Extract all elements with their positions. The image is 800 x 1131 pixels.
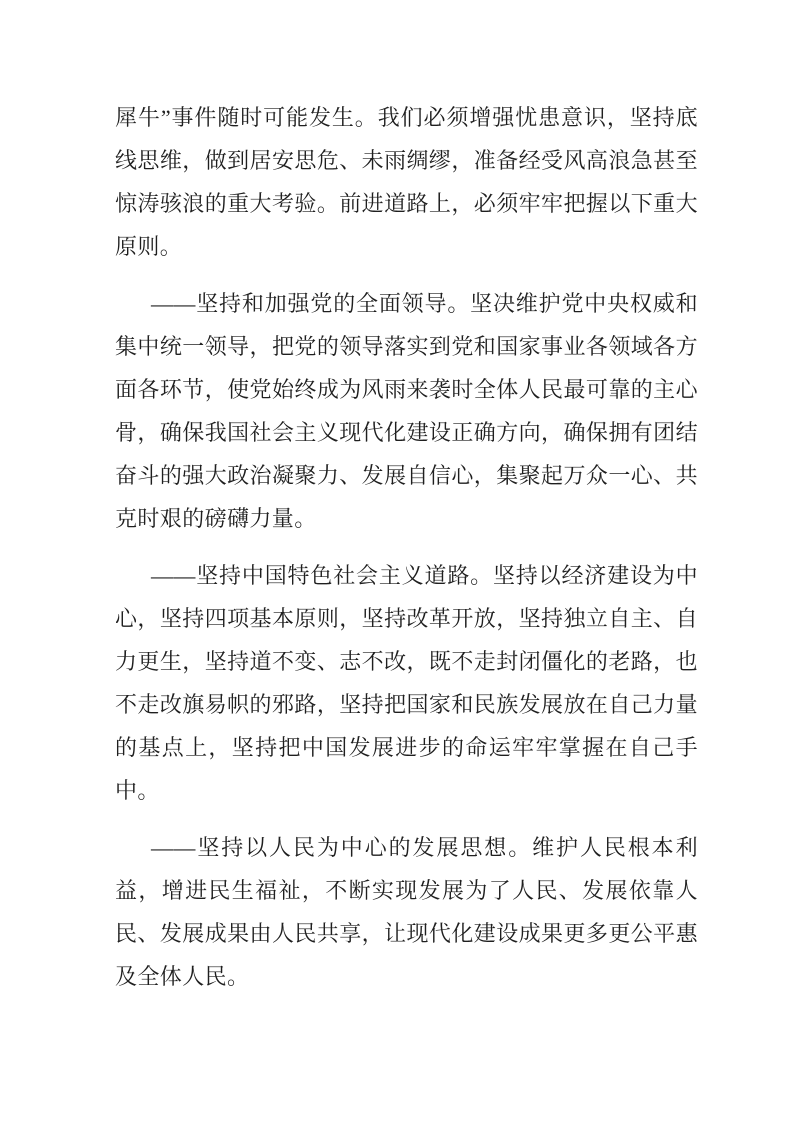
paragraph-people-centered-development: ——坚持以人民为中心的发展思想。维护人民根本利益，增进民生福祉，不断实现发展为了… xyxy=(115,826,698,998)
paragraph-uphold-party-leadership: ——坚持和加强党的全面领导。坚决维护党中央权威和集中统一领导，把党的领导落实到党… xyxy=(115,282,698,540)
document-text-block: 犀牛”事件随时可能发生。我们必须增强忧患意识，坚持底线思维，做到居安思危、未雨绸… xyxy=(115,96,698,998)
document-page: 犀牛”事件随时可能发生。我们必须增强忧患意识，坚持底线思维，做到居安思危、未雨绸… xyxy=(0,0,800,1131)
paragraph-continuation: 犀牛”事件随时可能发生。我们必须增强忧患意识，坚持底线思维，做到居安思危、未雨绸… xyxy=(115,96,698,268)
paragraph-socialism-with-chinese-characteristics: ——坚持中国特色社会主义道路。坚持以经济建设为中心，坚持四项基本原则，坚持改革开… xyxy=(115,554,698,812)
